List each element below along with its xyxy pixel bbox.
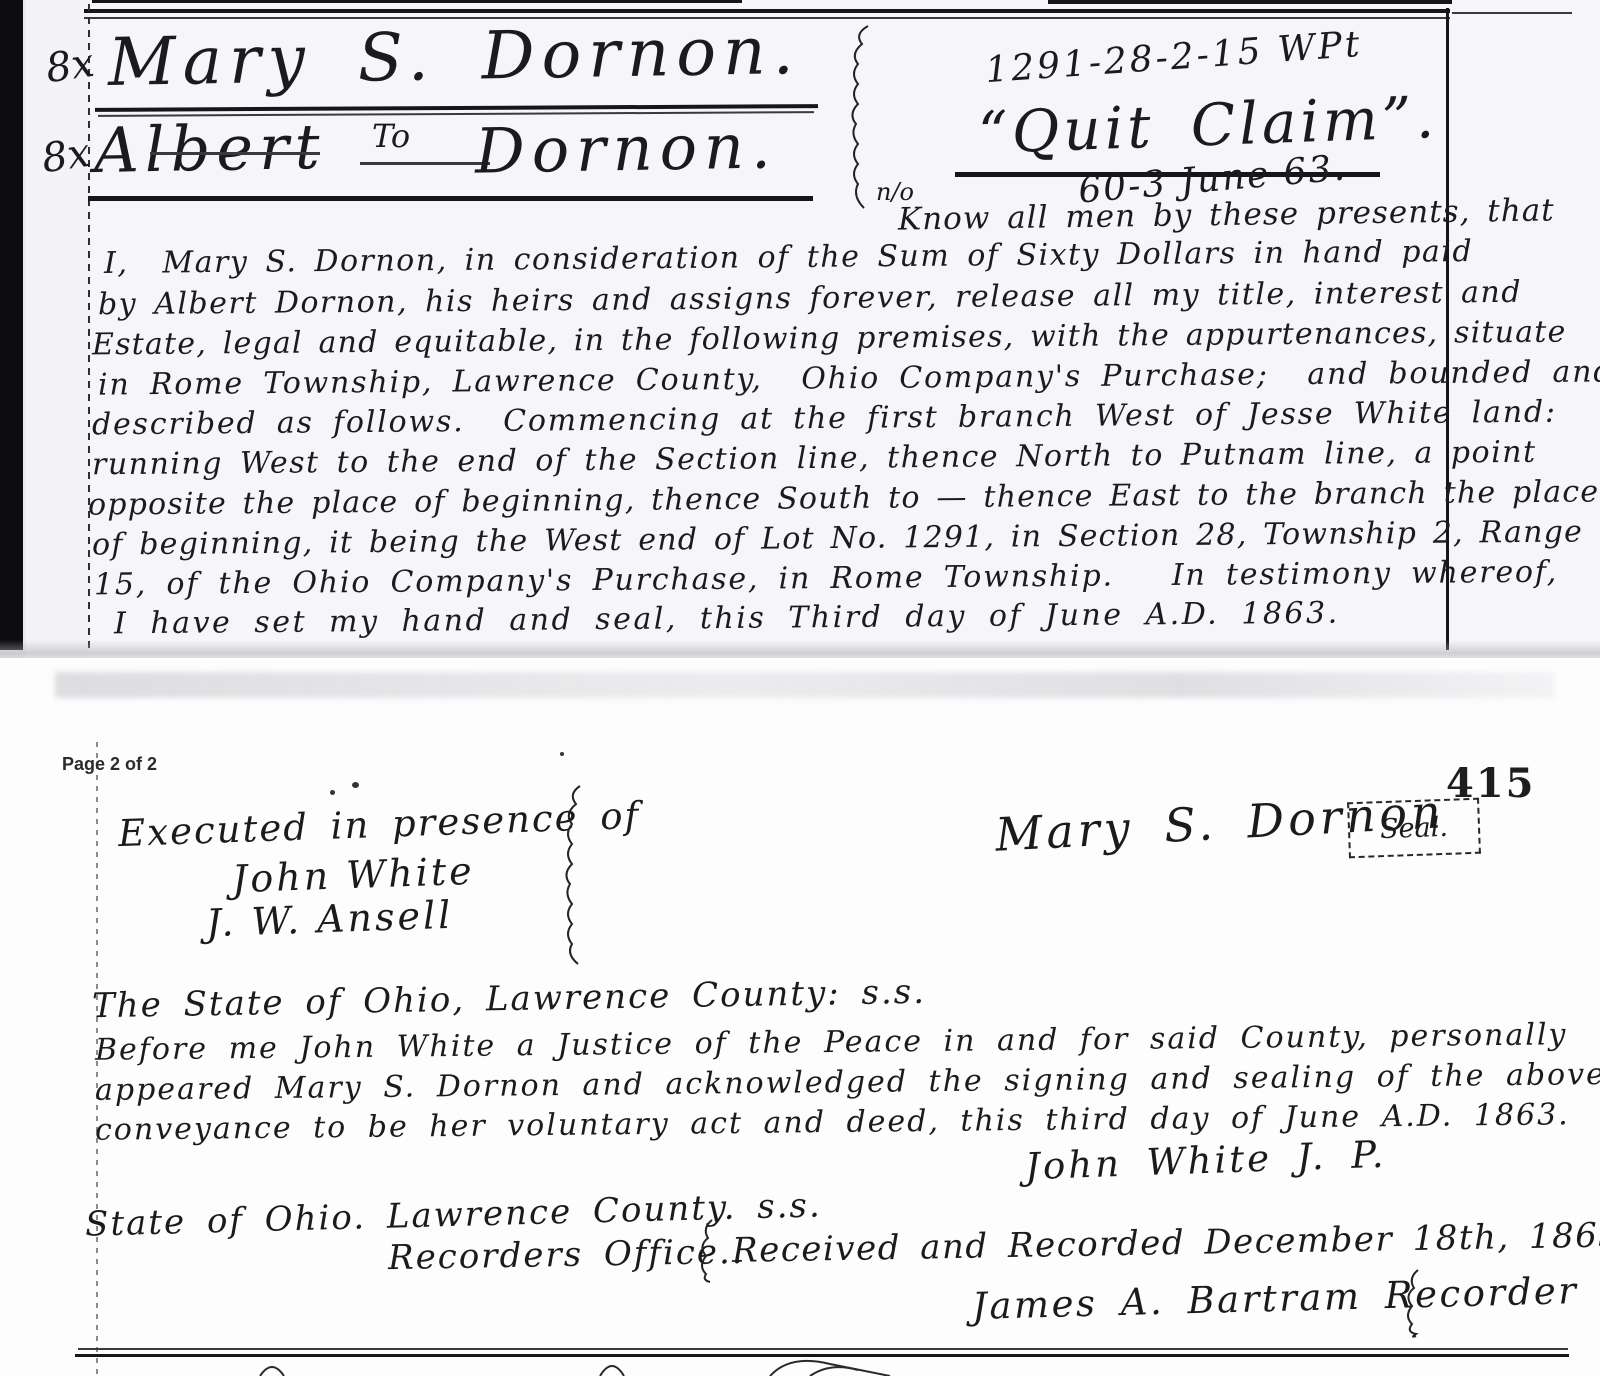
number-mark: n/o [876, 180, 914, 204]
names-brace [842, 22, 876, 212]
scanned-deed-document: 8x 8x Mary S. Dornon. Albert To Dornon. … [0, 0, 1600, 1376]
bottom-rule-heavy [75, 1354, 1569, 1357]
grantee-last-name: Dornon. [474, 115, 778, 182]
top-rule-overrun [1452, 12, 1572, 14]
page1-left-dashed-border [88, 4, 90, 652]
margin-mark-8x-2: 8x [39, 133, 92, 179]
top-rule-fragment-right [1048, 0, 1452, 4]
ink-speck [330, 790, 335, 795]
bottom-rule-thin [78, 1348, 1568, 1350]
to-dash-right [360, 162, 490, 165]
margin-mark-8x-1: 8x [43, 43, 96, 89]
recorder-brace [1402, 1268, 1428, 1338]
ink-speck [352, 782, 359, 788]
cutoff-handwriting-fragments [230, 1358, 990, 1376]
scan-edge-strip [0, 0, 23, 650]
recorders-office-label: Recorders Office.. [388, 1235, 745, 1275]
page-label: Page 2 of 2 [62, 754, 157, 775]
to-dash-left [150, 152, 320, 155]
seal-label: Seal. [1380, 813, 1449, 842]
grantor-name: Mary S. Dornon. [107, 18, 801, 96]
instrument-title: “Quit Claim”. [977, 88, 1439, 162]
seal-box: Seal. [1347, 798, 1481, 859]
opening-phrase: Know all men by these presents, that [898, 195, 1555, 235]
top-rule-fragment-left [92, 0, 742, 3]
scan-smudge-band [55, 672, 1555, 698]
grantee-first-name: Albert [93, 116, 326, 182]
witness-name-1: John White [231, 852, 475, 898]
witness-brace [556, 782, 590, 967]
witness-name-2: J. W. Ansell [205, 896, 453, 943]
recording-brace [694, 1218, 720, 1284]
ink-speck [560, 752, 564, 756]
grantee-underline-heavy [88, 196, 813, 201]
to-label: To [372, 120, 410, 152]
